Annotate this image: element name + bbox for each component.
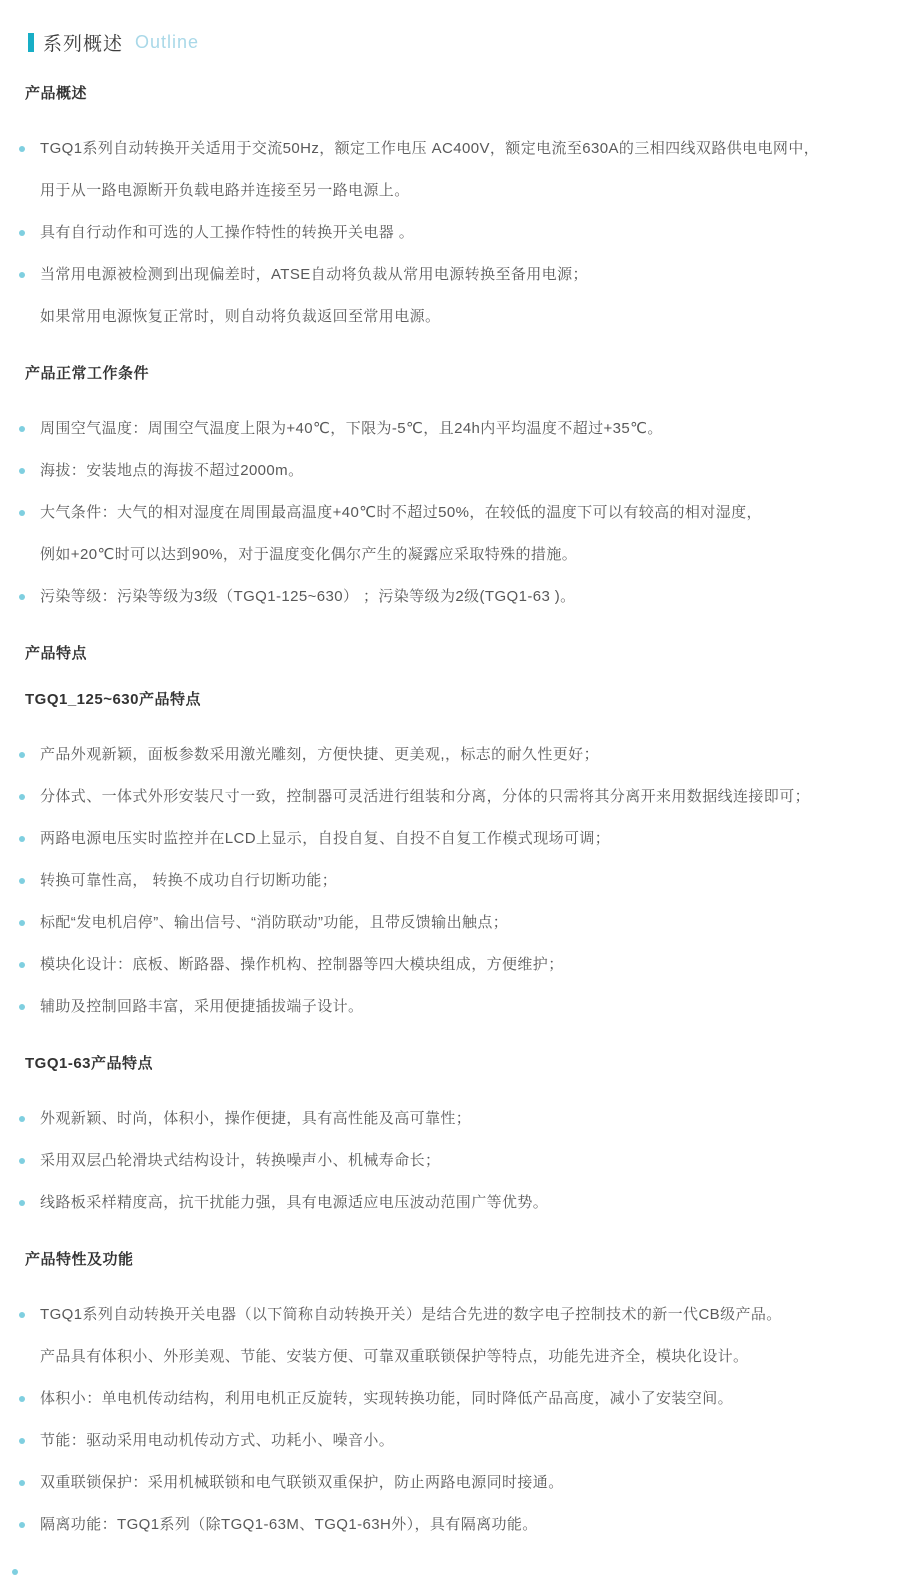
bullet-lines: 两路电源电压实时监控并在LCD上显示，自投自复、自投不自复工作模式现场可调； [40, 818, 900, 860]
bullet-lines: 模块化设计：底板、断路器、操作机构、控制器等四大模块组成，方便维护； [40, 944, 900, 986]
bullet-text: 节能：驱动采用电动机传动方式、功耗小、噪音小。 [40, 1420, 900, 1462]
list-item: 两路电源电压实时监控并在LCD上显示，自投自复、自投不自复工作模式现场可调； [0, 818, 900, 860]
list-item: 污染等级：污染等级为3级（TGQ1-125~630） ；污染等级为2级(TGQ1… [0, 576, 900, 618]
list-item: 外观新颖、时尚，体积小，操作便捷，具有高性能及高可靠性； [0, 1098, 900, 1140]
bullet-text: 污染等级：污染等级为3级（TGQ1-125~630） ；污染等级为2级(TGQ1… [40, 576, 900, 618]
bullet-list: 周围空气温度：周围空气温度上限为+40℃，下限为-5℃，且24h内平均温度不超过… [0, 408, 900, 618]
bullet-text: 体积小：单电机传动结构，利用电机正反旋转，实现转换功能，同时降低产品高度，减小了… [40, 1378, 900, 1420]
section: TGQ1-63产品特点外观新颖、时尚，体积小，操作便捷，具有高性能及高可靠性；采… [0, 1054, 900, 1224]
bullet-text: 两路电源电压实时监控并在LCD上显示，自投自复、自投不自复工作模式现场可调； [40, 818, 900, 860]
bullet-lines: 大气条件：大气的相对湿度在周围最高温度+40℃时不超过50%，在较低的温度下可以… [40, 492, 900, 576]
bullet-icon [19, 794, 25, 800]
section: TGQ1_125~630产品特点产品外观新颖，面板参数采用激光雕刻，方便快捷、更… [0, 690, 900, 1028]
bullet-lines: 当常用电源被检测到出现偏差时，ATSE自动将负裁从常用电源转换至备用电源；如果常… [40, 254, 900, 338]
bullet-icon [19, 1312, 25, 1318]
bullet-text: 产品具有体积小、外形美观、节能、安装方便、可靠双重联锁保护等特点，功能先进齐全，… [40, 1336, 900, 1378]
bullet-text: 用于从一路电源断开负载电路并连接至另一路电源上。 [40, 170, 900, 212]
section: 产品正常工作条件周围空气温度：周围空气温度上限为+40℃，下限为-5℃，且24h… [0, 364, 900, 618]
bullet-text: TGQ1系列自动转换开关适用于交流50Hz，额定工作电压 AC400V，额定电流… [40, 128, 900, 170]
bullet-text: 标配“发电机启停”、输出信号、“消防联动”功能，且带反馈输出触点； [40, 902, 900, 944]
bullet-text: 模块化设计：底板、断路器、操作机构、控制器等四大模块组成，方便维护； [40, 944, 900, 986]
bullet-lines: 外观新颖、时尚，体积小，操作便捷，具有高性能及高可靠性； [40, 1098, 900, 1140]
bullet-lines: 产品外观新颖，面板参数采用激光雕刻，方便快捷、更美观,，标志的耐久性更好； [40, 734, 900, 776]
bullet-lines: 具有自行动作和可选的人工操作特性的转换开关电器 。 [40, 212, 900, 254]
list-item: TGQ1系列自动转换开关适用于交流50Hz，额定工作电压 AC400V，额定电流… [0, 128, 900, 212]
bullet-icon [19, 1004, 25, 1010]
list-item: 模块化设计：底板、断路器、操作机构、控制器等四大模块组成，方便维护； [0, 944, 900, 986]
bullet-lines: 分体式、一体式外形安装尺寸一致，控制器可灵活进行组装和分离，分体的只需将其分离开… [40, 776, 900, 818]
bullet-text: 转换可靠性高， 转换不成功自行切断功能； [40, 860, 900, 902]
bullet-lines: 体积小：单电机传动结构，利用电机正反旋转，实现转换功能，同时降低产品高度，减小了… [40, 1378, 900, 1420]
bullet-lines: 转换可靠性高， 转换不成功自行切断功能； [40, 860, 900, 902]
list-item: 产品外观新颖，面板参数采用激光雕刻，方便快捷、更美观,，标志的耐久性更好； [0, 734, 900, 776]
bullet-lines: 污染等级：污染等级为3级（TGQ1-125~630） ；污染等级为2级(TGQ1… [40, 576, 900, 618]
section-heading: TGQ1-63产品特点 [25, 1054, 900, 1074]
bullet-icon [19, 468, 25, 474]
list-item: 节能：驱动采用电动机传动方式、功耗小、噪音小。 [0, 1420, 900, 1462]
document-body: 产品概述TGQ1系列自动转换开关适用于交流50Hz，额定工作电压 AC400V，… [0, 84, 900, 1546]
bullet-icon [19, 146, 25, 152]
bullet-list: 产品外观新颖，面板参数采用激光雕刻，方便快捷、更美观,，标志的耐久性更好；分体式… [0, 734, 900, 1028]
bullet-text: 周围空气温度：周围空气温度上限为+40℃，下限为-5℃，且24h内平均温度不超过… [40, 408, 900, 450]
bullet-icon [19, 962, 25, 968]
page-title: 系列概述 [43, 29, 123, 56]
list-item: 转换可靠性高， 转换不成功自行切断功能； [0, 860, 900, 902]
bullet-icon [19, 1522, 25, 1528]
bullet-lines: 隔离功能：TGQ1系列（除TGQ1-63M、TGQ1-63H外），具有隔离功能。 [40, 1504, 900, 1546]
list-item: 大气条件：大气的相对湿度在周围最高温度+40℃时不超过50%，在较低的温度下可以… [0, 492, 900, 576]
list-item: 采用双层凸轮滑块式结构设计，转换噪声小、机械寿命长； [0, 1140, 900, 1182]
bullet-text: 辅助及控制回路丰富，采用便捷插拔端子设计。 [40, 986, 900, 1028]
bullet-text: 外观新颖、时尚，体积小，操作便捷，具有高性能及高可靠性； [40, 1098, 900, 1140]
bullet-text: 大气条件：大气的相对湿度在周围最高温度+40℃时不超过50%，在较低的温度下可以… [40, 492, 900, 534]
bullet-list: TGQ1系列自动转换开关电器（以下简称自动转换开关）是结合先进的数字电子控制技术… [0, 1294, 900, 1546]
accent-bar-icon [28, 33, 34, 52]
bullet-lines: TGQ1系列自动转换开关适用于交流50Hz，额定工作电压 AC400V，额定电流… [40, 128, 900, 212]
list-item: 当常用电源被检测到出现偏差时，ATSE自动将负裁从常用电源转换至备用电源；如果常… [0, 254, 900, 338]
bullet-icon [19, 1158, 25, 1164]
bullet-text: 隔离功能：TGQ1系列（除TGQ1-63M、TGQ1-63H外），具有隔离功能。 [40, 1504, 900, 1546]
section: 产品特性及功能TGQ1系列自动转换开关电器（以下简称自动转换开关）是结合先进的数… [0, 1250, 900, 1546]
section-heading: TGQ1_125~630产品特点 [25, 690, 900, 710]
list-item: 辅助及控制回路丰富，采用便捷插拔端子设计。 [0, 986, 900, 1028]
bullet-icon [19, 1480, 25, 1486]
bullet-icon [19, 878, 25, 884]
bullet-text: 如果常用电源恢复正常时，则自动将负裁返回至常用电源。 [40, 296, 900, 338]
page-header: 系列概述 Outline [28, 30, 900, 54]
bullet-text: 当常用电源被检测到出现偏差时，ATSE自动将负裁从常用电源转换至备用电源； [40, 254, 900, 296]
bullet-lines: 周围空气温度：周围空气温度上限为+40℃，下限为-5℃，且24h内平均温度不超过… [40, 408, 900, 450]
page-subtitle: Outline [135, 32, 199, 53]
bullet-icon [19, 594, 25, 600]
bullet-text: 双重联锁保护：采用机械联锁和电气联锁双重保护，防止两路电源同时接通。 [40, 1462, 900, 1504]
bullet-icon [19, 752, 25, 758]
section: 产品概述TGQ1系列自动转换开关适用于交流50Hz，额定工作电压 AC400V，… [0, 84, 900, 338]
bullet-lines: 双重联锁保护：采用机械联锁和电气联锁双重保护，防止两路电源同时接通。 [40, 1462, 900, 1504]
bullet-icon [19, 1438, 25, 1444]
bullet-text: 分体式、一体式外形安装尺寸一致，控制器可灵活进行组装和分离，分体的只需将其分离开… [40, 776, 900, 818]
bullet-icon [19, 510, 25, 516]
list-item: 体积小：单电机传动结构，利用电机正反旋转，实现转换功能，同时降低产品高度，减小了… [0, 1378, 900, 1420]
bullet-text: 例如+20℃时可以达到90%，对于温度变化偶尔产生的凝露应采取特殊的措施。 [40, 534, 900, 576]
section-heading: 产品概述 [25, 84, 900, 104]
document-page: 系列概述 Outline 产品概述TGQ1系列自动转换开关适用于交流50Hz，额… [0, 0, 900, 1589]
section-heading: 产品特点 [25, 644, 900, 664]
list-item: 分体式、一体式外形安装尺寸一致，控制器可灵活进行组装和分离，分体的只需将其分离开… [0, 776, 900, 818]
bullet-lines: 海拔：安装地点的海拔不超过2000m。 [40, 450, 900, 492]
list-item: 周围空气温度：周围空气温度上限为+40℃，下限为-5℃，且24h内平均温度不超过… [0, 408, 900, 450]
bullet-text: 采用双层凸轮滑块式结构设计，转换噪声小、机械寿命长； [40, 1140, 900, 1182]
list-item: 线路板采样精度高，抗干扰能力强，具有电源适应电压波动范围广等优势。 [0, 1182, 900, 1224]
bullet-text: 线路板采样精度高，抗干扰能力强，具有电源适应电压波动范围广等优势。 [40, 1182, 900, 1224]
bullet-list: 外观新颖、时尚，体积小，操作便捷，具有高性能及高可靠性；采用双层凸轮滑块式结构设… [0, 1098, 900, 1224]
list-item: TGQ1系列自动转换开关电器（以下简称自动转换开关）是结合先进的数字电子控制技术… [0, 1294, 900, 1378]
bullet-lines: 采用双层凸轮滑块式结构设计，转换噪声小、机械寿命长； [40, 1140, 900, 1182]
bullet-icon [19, 230, 25, 236]
bullet-lines: 节能：驱动采用电动机传动方式、功耗小、噪音小。 [40, 1420, 900, 1462]
bullet-lines: 辅助及控制回路丰富，采用便捷插拔端子设计。 [40, 986, 900, 1028]
list-item: 具有自行动作和可选的人工操作特性的转换开关电器 。 [0, 212, 900, 254]
section-heading: 产品正常工作条件 [25, 364, 900, 384]
bullet-text: 具有自行动作和可选的人工操作特性的转换开关电器 。 [40, 212, 900, 254]
list-item: 标配“发电机启停”、输出信号、“消防联动”功能，且带反馈输出触点； [0, 902, 900, 944]
bullet-icon [19, 1396, 25, 1402]
bullet-icon [19, 1116, 25, 1122]
list-item: 海拔：安装地点的海拔不超过2000m。 [0, 450, 900, 492]
bullet-text: 产品外观新颖，面板参数采用激光雕刻，方便快捷、更美观,，标志的耐久性更好； [40, 734, 900, 776]
bullet-icon [19, 426, 25, 432]
bullet-icon [19, 920, 25, 926]
bullet-lines: 标配“发电机启停”、输出信号、“消防联动”功能，且带反馈输出触点； [40, 902, 900, 944]
list-item: 隔离功能：TGQ1系列（除TGQ1-63M、TGQ1-63H外），具有隔离功能。 [0, 1504, 900, 1546]
list-item: 双重联锁保护：采用机械联锁和电气联锁双重保护，防止两路电源同时接通。 [0, 1462, 900, 1504]
bullet-lines: TGQ1系列自动转换开关电器（以下简称自动转换开关）是结合先进的数字电子控制技术… [40, 1294, 900, 1378]
bullet-text: TGQ1系列自动转换开关电器（以下简称自动转换开关）是结合先进的数字电子控制技术… [40, 1294, 900, 1336]
bullet-icon [19, 836, 25, 842]
bullet-list: TGQ1系列自动转换开关适用于交流50Hz，额定工作电压 AC400V，额定电流… [0, 128, 900, 338]
bullet-icon [19, 1200, 25, 1206]
bullet-icon [19, 272, 25, 278]
section: 产品特点 [0, 644, 900, 664]
bullet-lines: 线路板采样精度高，抗干扰能力强，具有电源适应电压波动范围广等优势。 [40, 1182, 900, 1224]
bullet-text: 海拔：安装地点的海拔不超过2000m。 [40, 450, 900, 492]
partial-bullet-icon [12, 1569, 18, 1575]
section-heading: 产品特性及功能 [25, 1250, 900, 1270]
